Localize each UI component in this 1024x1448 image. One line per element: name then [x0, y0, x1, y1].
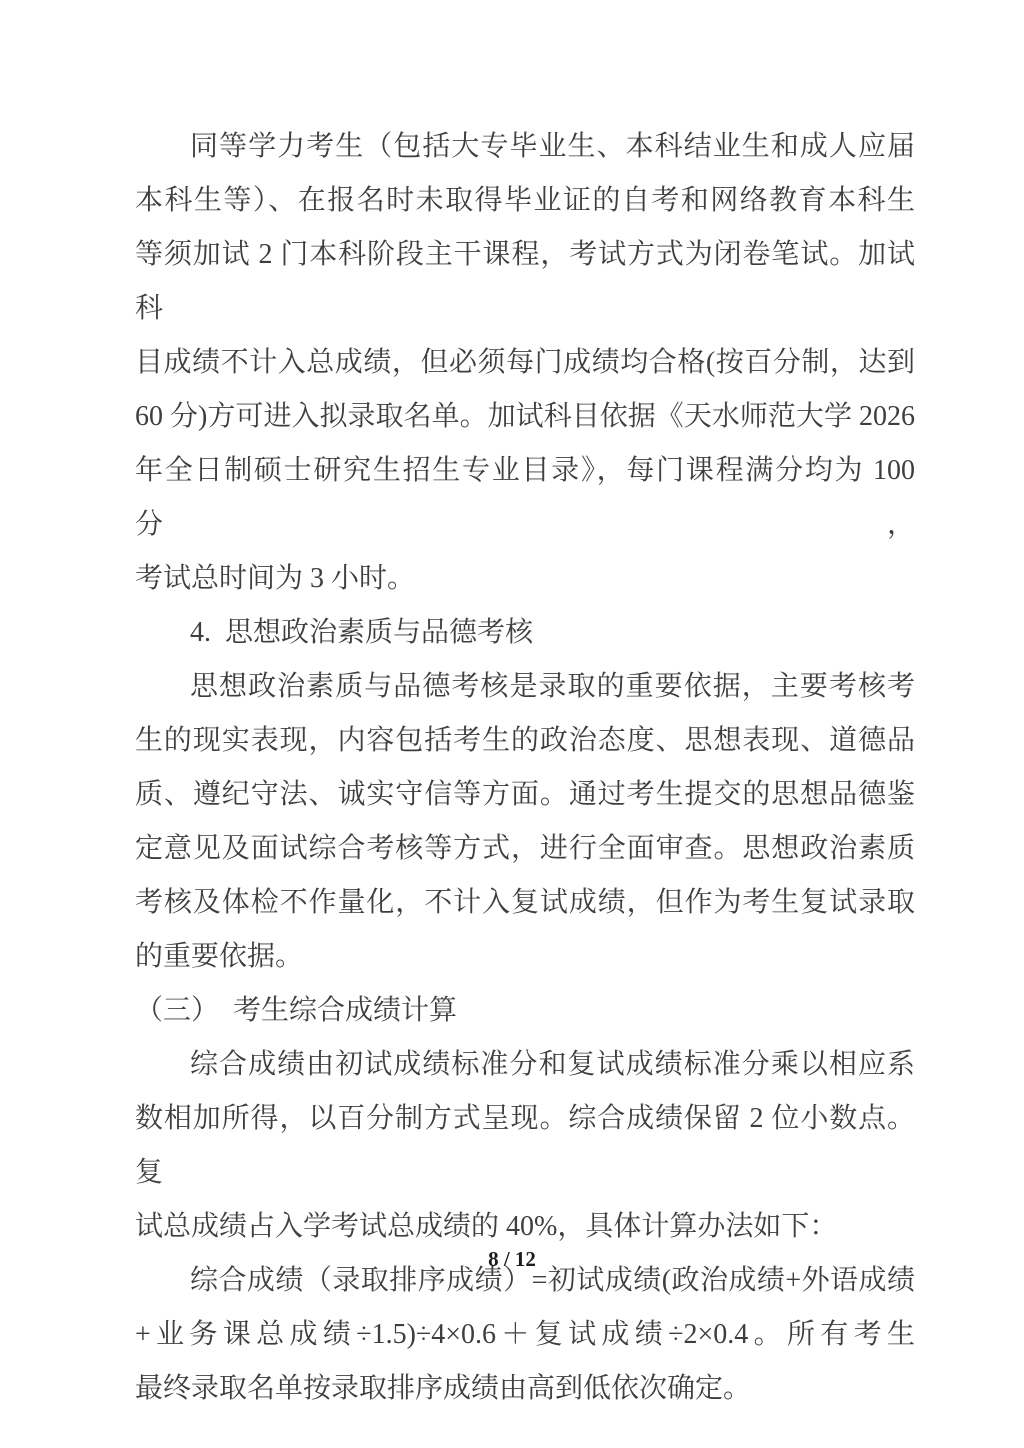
doc-line: 考试总时间为 3 小时。	[135, 552, 915, 606]
doc-line: 定意见及面试综合考核等方式，进行全面审查。思想政治素质	[135, 822, 915, 876]
doc-line: 同等学力考生（包括大专毕业生、本科结业生和成人应届	[135, 120, 915, 174]
heading-line: 4. 思想政治素质与品德考核	[135, 606, 915, 660]
doc-line: 综合成绩由初试成绩标准分和复试成绩标准分乘以相应系	[135, 1038, 915, 1092]
doc-line: 考核及体检不作量化，不计入复试成绩，但作为考生复试录取	[135, 876, 915, 930]
doc-line: 思想政治素质与品德考核是录取的重要依据，主要考核考	[135, 660, 915, 714]
doc-line: 本科生等）、在报名时未取得毕业证的自考和网络教育本科生	[135, 174, 915, 228]
formula-line: +业务课总成绩÷1.5)÷4×0.6＋复试成绩÷2×0.4。所有考生	[135, 1308, 915, 1362]
doc-line: 60 分)方可进入拟录取名单。加试科目依据《天水师范大学 2026	[135, 390, 915, 444]
page-number: 8 / 12	[0, 1247, 1024, 1272]
document-page: 同等学力考生（包括大专毕业生、本科结业生和成人应届 本科生等）、在报名时未取得毕…	[0, 0, 1024, 1448]
doc-line: 目成绩不计入总成绩，但必须每门成绩均合格(按百分制，达到	[135, 336, 915, 390]
doc-line: 数相加所得，以百分制方式呈现。综合成绩保留 2 位小数点。复	[135, 1092, 915, 1200]
section-heading-line: （三） 考生综合成绩计算	[135, 984, 915, 1038]
doc-line: 生的现实表现，内容包括考生的政治态度、思想表现、道德品	[135, 714, 915, 768]
doc-line: 的重要依据。	[135, 930, 915, 984]
doc-line: 试总成绩占入学考试总成绩的 40%，具体计算办法如下：	[135, 1200, 915, 1254]
document-body: 同等学力考生（包括大专毕业生、本科结业生和成人应届 本科生等）、在报名时未取得毕…	[135, 120, 915, 1416]
doc-line: 年全日制硕士研究生招生专业目录》，每门课程满分均为 100 分，	[135, 444, 915, 552]
doc-line: 最终录取名单按录取排序成绩由高到低依次确定。	[135, 1362, 915, 1416]
doc-line: 等须加试 2 门本科阶段主干课程，考试方式为闭卷笔试。加试科	[135, 228, 915, 336]
doc-line: 质、遵纪守法、诚实守信等方面。通过考生提交的思想品德鉴	[135, 768, 915, 822]
